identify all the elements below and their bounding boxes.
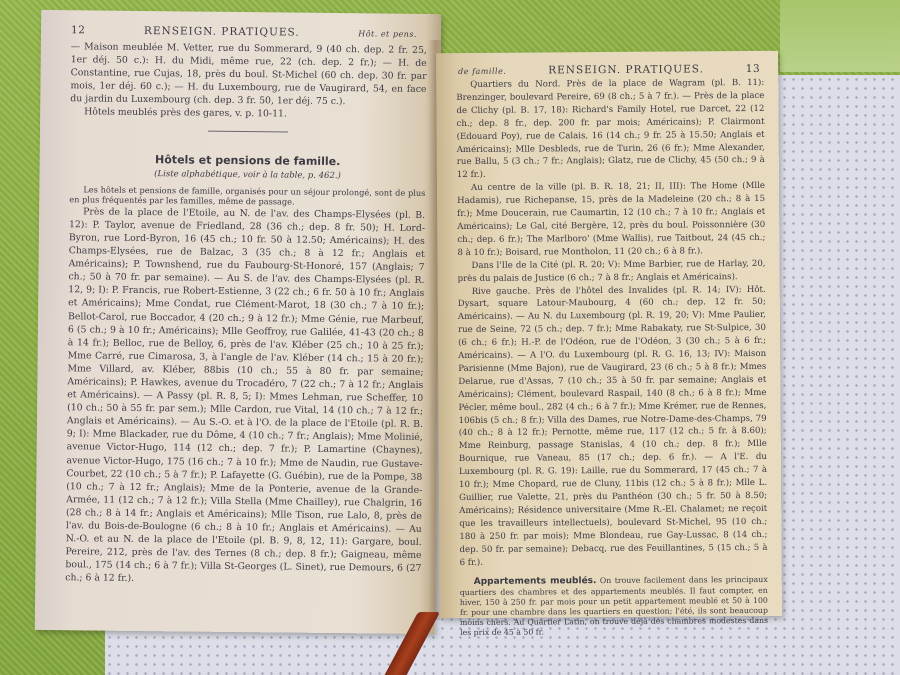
right-paragraph-cite: Dans l'Ile de la Cité (pl. R. 20; V): Mm… — [457, 258, 765, 286]
right-running-title: RENSEIGN. PRATIQUES. — [548, 63, 704, 76]
right-paragraph-nord: Quartiers du Nord. Près de la place de W… — [456, 77, 765, 182]
left-running-head: 12 RENSEIGN. PRATIQUES. Hôt. et pens. — [71, 24, 423, 40]
left-listing-paragraph: Près de la place de l'Etoile, au N. de l… — [65, 205, 425, 588]
right-running-head: de famille. RENSEIGN. PRATIQUES. 13 — [458, 63, 766, 77]
left-running-title: RENSEIGN. PRATIQUES. — [144, 25, 300, 39]
right-body: Quartiers du Nord. Près de la place de W… — [456, 77, 768, 639]
right-page-number: 13 — [746, 63, 760, 75]
section-subtitle: (Liste alphabétique, voir à la table, p.… — [69, 167, 425, 184]
section-divider — [208, 130, 288, 132]
right-paragraph-centre: Au centre de la ville (pl. B. R. 18, 21;… — [457, 180, 766, 260]
section-title: Hôtels et pensions de famille. — [70, 152, 426, 169]
left-page: 12 RENSEIGN. PRATIQUES. Hôt. et pens. — … — [35, 10, 441, 634]
left-page-number: 12 — [71, 24, 85, 36]
right-page: de famille. RENSEIGN. PRATIQUES. 13 Quar… — [436, 51, 782, 618]
apartments-title: Appartements meublés. — [474, 577, 597, 588]
right-paragraph-rive-gauche: Rive gauche. Près de l'hôtel des Invalid… — [458, 283, 768, 569]
green-cloth-corner — [780, 0, 900, 72]
apartments-paragraph: Appartements meublés. On trouve facileme… — [460, 575, 768, 638]
right-side-head: de famille. — [458, 67, 506, 76]
left-body: — Maison meublée M. Vetter, rue du Somme… — [65, 40, 427, 588]
left-side-head: Hôt. et pens. — [358, 29, 417, 39]
left-intro-paragraph: — Maison meublée M. Vetter, rue du Somme… — [70, 40, 427, 109]
left-intro-note: Hôtels meublés près des gares, v. p. 10-… — [70, 106, 426, 123]
